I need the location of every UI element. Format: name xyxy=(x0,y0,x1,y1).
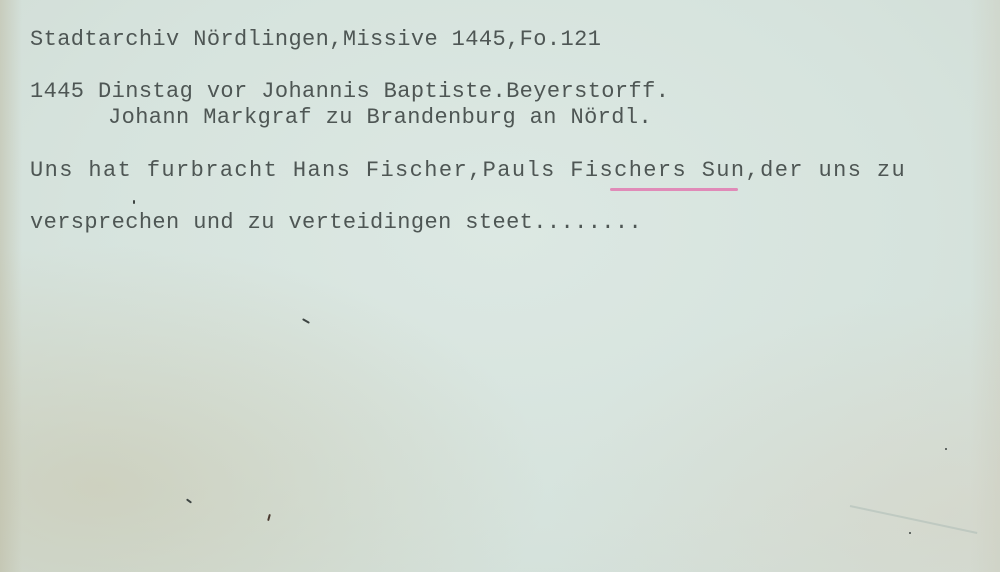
ink-speck xyxy=(909,532,911,534)
highlight-underline xyxy=(610,188,738,191)
ink-speck xyxy=(945,448,947,450)
archive-reference: Stadtarchiv Nördlingen,Missive 1445,Fo.1… xyxy=(30,27,601,53)
body-line-1: Uns hat furbracht Hans Fischer,Pauls Fis… xyxy=(30,158,906,184)
date-line: 1445 Dinstag vor Johannis Baptiste.Beyer… xyxy=(30,79,669,105)
paper-edge-left xyxy=(0,0,22,572)
paper-edge-right xyxy=(970,0,1000,572)
sender-line: Johann Markgraf zu Brandenburg an Nördl. xyxy=(108,105,652,131)
ink-speck xyxy=(133,200,135,204)
body-line-2: versprechen und zu verteidingen steet...… xyxy=(30,210,642,236)
